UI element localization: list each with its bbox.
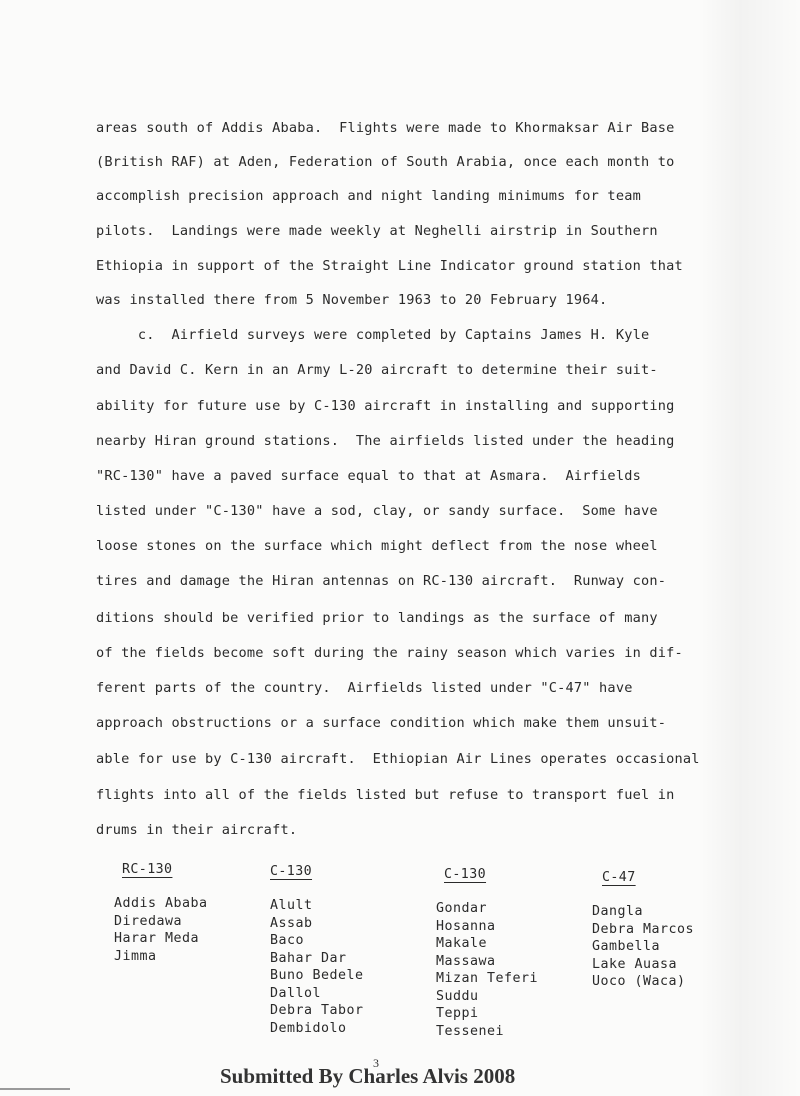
- airfield-name: Dallol: [270, 985, 364, 1003]
- airfield-name: Addis Ababa: [114, 895, 208, 913]
- airfield-name: Suddu: [436, 988, 538, 1006]
- list-heading: C-130: [444, 867, 486, 882]
- airfield-name: Debra Marcos: [592, 921, 694, 939]
- list-items: DanglaDebra MarcosGambellaLake AuasaUoco…: [592, 903, 694, 991]
- list-heading: C-130: [270, 864, 312, 879]
- airfield-name: Debra Tabor: [270, 1002, 364, 1020]
- airfield-name: Hosanna: [436, 918, 538, 936]
- airfield-name: Assab: [270, 915, 364, 933]
- airfield-name: Massawa: [436, 953, 538, 971]
- list-items: GondarHosannaMakaleMassawaMizan TeferiSu…: [436, 900, 538, 1040]
- airfield-list-c47: C-47 DanglaDebra MarcosGambellaLake Auas…: [592, 870, 694, 991]
- scan-edge-line: [0, 1088, 70, 1090]
- list-items: AlultAssabBacoBahar DarBuno BedeleDallol…: [270, 897, 364, 1037]
- airfield-name: Gambella: [592, 938, 694, 956]
- airfield-name: Mizan Teferi: [436, 970, 538, 988]
- airfield-name: Alult: [270, 897, 364, 915]
- airfield-list-c130-first: C-130 AlultAssabBacoBahar DarBuno Bedele…: [270, 864, 364, 1037]
- airfield-name: Lake Auasa: [592, 956, 694, 974]
- airfield-name: Buno Bedele: [270, 967, 364, 985]
- airfield-name: Harar Meda: [114, 930, 208, 948]
- airfield-name: Baco: [270, 932, 364, 950]
- airfield-name: Dangla: [592, 903, 694, 921]
- airfield-lists: RC-130 Addis AbabaDiredawaHarar MedaJimm…: [0, 0, 800, 1096]
- airfield-list-c130-second: C-130 GondarHosannaMakaleMassawaMizan Te…: [436, 867, 538, 1040]
- airfield-name: Bahar Dar: [270, 950, 364, 968]
- list-items: Addis AbabaDiredawaHarar MedaJimma: [114, 895, 208, 965]
- list-heading: C-47: [602, 870, 636, 885]
- airfield-name: Tessenei: [436, 1023, 538, 1041]
- footer-credit: Submitted By Charles Alvis 2008: [220, 1064, 515, 1089]
- list-heading: RC-130: [122, 862, 172, 877]
- airfield-name: Gondar: [436, 900, 538, 918]
- airfield-name: Diredawa: [114, 913, 208, 931]
- airfield-name: Uoco (Waca): [592, 973, 694, 991]
- airfield-name: Dembidolo: [270, 1020, 364, 1038]
- airfield-name: Teppi: [436, 1005, 538, 1023]
- airfield-list-rc130: RC-130 Addis AbabaDiredawaHarar MedaJimm…: [114, 862, 208, 965]
- airfield-name: Jimma: [114, 948, 208, 966]
- airfield-name: Makale: [436, 935, 538, 953]
